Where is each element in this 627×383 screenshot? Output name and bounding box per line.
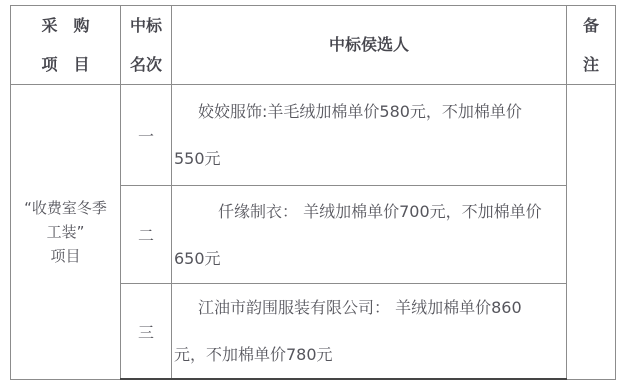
header-rank-line-2: 名次 (121, 45, 171, 84)
header-cell-remarks: 备 注 (567, 6, 616, 85)
rank-cell-third: 三 (121, 284, 172, 380)
header-cell-procurement-project: 采 购 项 目 (11, 6, 121, 85)
header-procurement-line-1: 采 购 (11, 6, 120, 45)
remarks-cell (567, 85, 616, 380)
header-rank-line-1: 中标 (121, 6, 171, 45)
header-remarks-line-2: 注 (567, 45, 615, 84)
candidate-cell-first: 姣姣服饰:羊毛绒加棉单价580元，不加棉单价 550元 (172, 85, 567, 186)
header-candidates-label: 中标侯选人 (172, 35, 566, 55)
candidate-cell-second: 仟缘制衣： 羊绒加棉单价700元，不加棉单价 650元 (172, 186, 567, 284)
candidate-third-line-2: 元，不加棉单价780元 (174, 331, 564, 378)
candidate-third-line-1: 江油市韵围服装有限公司： 羊绒加棉单价860 (174, 284, 564, 331)
header-procurement-line-2: 项 目 (11, 45, 120, 84)
candidate-first-line-2: 550元 (174, 135, 564, 182)
header-cell-bid-candidates: 中标侯选人 (172, 6, 567, 85)
candidate-first-line-1: 姣姣服饰:羊毛绒加棉单价580元，不加棉单价 (174, 88, 564, 135)
candidate-cell-third: 江油市韵围服装有限公司： 羊绒加棉单价860 元，不加棉单价780元 (172, 284, 567, 380)
header-remarks-line-1: 备 (567, 6, 615, 45)
rank-cell-first: 一 (121, 85, 172, 186)
header-cell-bid-rank: 中标 名次 (121, 6, 172, 85)
project-name-cell: “收费室冬季 工装” 项目 (11, 85, 121, 380)
table-header-row: 采 购 项 目 中标 名次 中标侯选人 备 注 (11, 6, 616, 85)
bid-results-table: 采 购 项 目 中标 名次 中标侯选人 备 注 “收费室冬季 工装” 项目 一 … (10, 5, 616, 380)
rank-cell-second: 二 (121, 186, 172, 284)
table-row: “收费室冬季 工装” 项目 一 姣姣服饰:羊毛绒加棉单价580元，不加棉单价 5… (11, 85, 616, 186)
candidate-second-line-2: 650元 (174, 235, 564, 282)
project-name-line-2: 工装” (11, 220, 120, 244)
project-name-line-3: 项目 (11, 244, 120, 268)
candidate-second-line-1: 仟缘制衣： 羊绒加棉单价700元，不加棉单价 (174, 188, 564, 235)
project-name-line-1: “收费室冬季 (11, 196, 120, 220)
